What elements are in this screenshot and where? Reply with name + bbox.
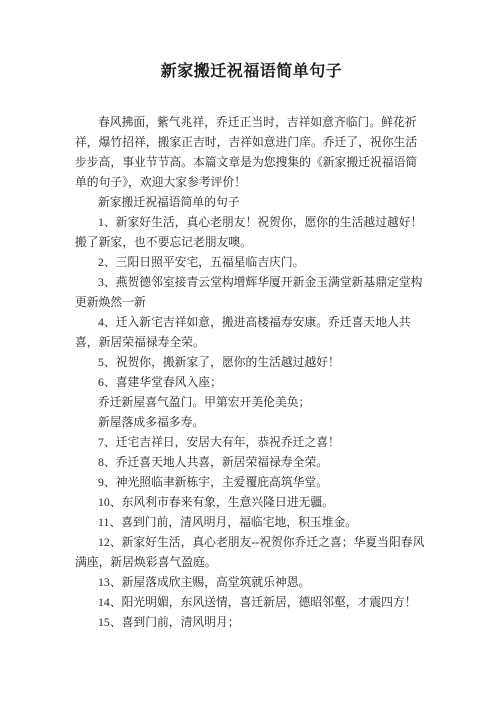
page-title: 新家搬迁祝福语简单句子 — [75, 62, 428, 82]
document-page: 新家搬迁祝福语简单句子 春风拂面，紫气兆祥，乔迁正当时，吉祥如意齐临门。鲜花祈祥… — [0, 0, 500, 707]
paragraph: 新家搬迁祝福语简单的句子 — [75, 192, 428, 212]
paragraph: 11、喜到门前，清风明月，福临宅地，积玉堆金。 — [75, 512, 428, 532]
document-body: 春风拂面，紫气兆祥，乔迁正当时，吉祥如意齐临门。鲜花祈祥，爆竹招祥，搬家正吉时，… — [75, 112, 428, 632]
paragraph: 4、迁入新宅吉祥如意，搬进高楼福寿安康。乔迁喜天地人共喜，新居荣福禄寿全荣。 — [75, 312, 428, 352]
paragraph: 2、三阳日照平安宅，五福星临吉庆门。 — [75, 252, 428, 272]
paragraph: 乔迁新屋喜气盈门。甲第宏开美伦美奂； — [75, 392, 428, 412]
paragraph: 1、新家好生活，真心老朋友！祝贺你，愿你的生活越过越好！搬了新家，也不要忘记老朋… — [75, 212, 428, 252]
paragraph: 5、祝贺你，搬新家了，愿你的生活越过越好！ — [75, 352, 428, 372]
paragraph: 新屋落成多福多寿。 — [75, 412, 428, 432]
paragraph: 9、神光照临聿新栋宇，主爱覆庇高筑华堂。 — [75, 472, 428, 492]
paragraph: 春风拂面，紫气兆祥，乔迁正当时，吉祥如意齐临门。鲜花祈祥，爆竹招祥，搬家正吉时，… — [75, 112, 428, 192]
paragraph: 7、迁宅吉祥日，安居大有年，恭祝乔迁之喜！ — [75, 432, 428, 452]
paragraph: 13、新屋落成欣主赐，高堂筑就乐神恩。 — [75, 572, 428, 592]
paragraph: 14、阳光明媚，东风送情，喜迁新居，德昭邻壑，才震四方！ — [75, 592, 428, 612]
paragraph: 3、燕贺德邻室接青云堂构增辉华厦开新金玉满堂新基鼎定堂构更新焕然一新 — [75, 272, 428, 312]
paragraph: 10、东风利市春来有象，生意兴隆日进无疆。 — [75, 492, 428, 512]
paragraph: 6、喜建华堂春风入座； — [75, 372, 428, 392]
paragraph: 15、喜到门前，清风明月； — [75, 612, 428, 632]
paragraph: 8、乔迁喜天地人共喜，新居荣福禄寿全荣。 — [75, 452, 428, 472]
paragraph: 12、新家好生活，真心老朋友--祝贺你乔迁之喜；华夏当阳春风满座，新居焕彩喜气盈… — [75, 532, 428, 572]
